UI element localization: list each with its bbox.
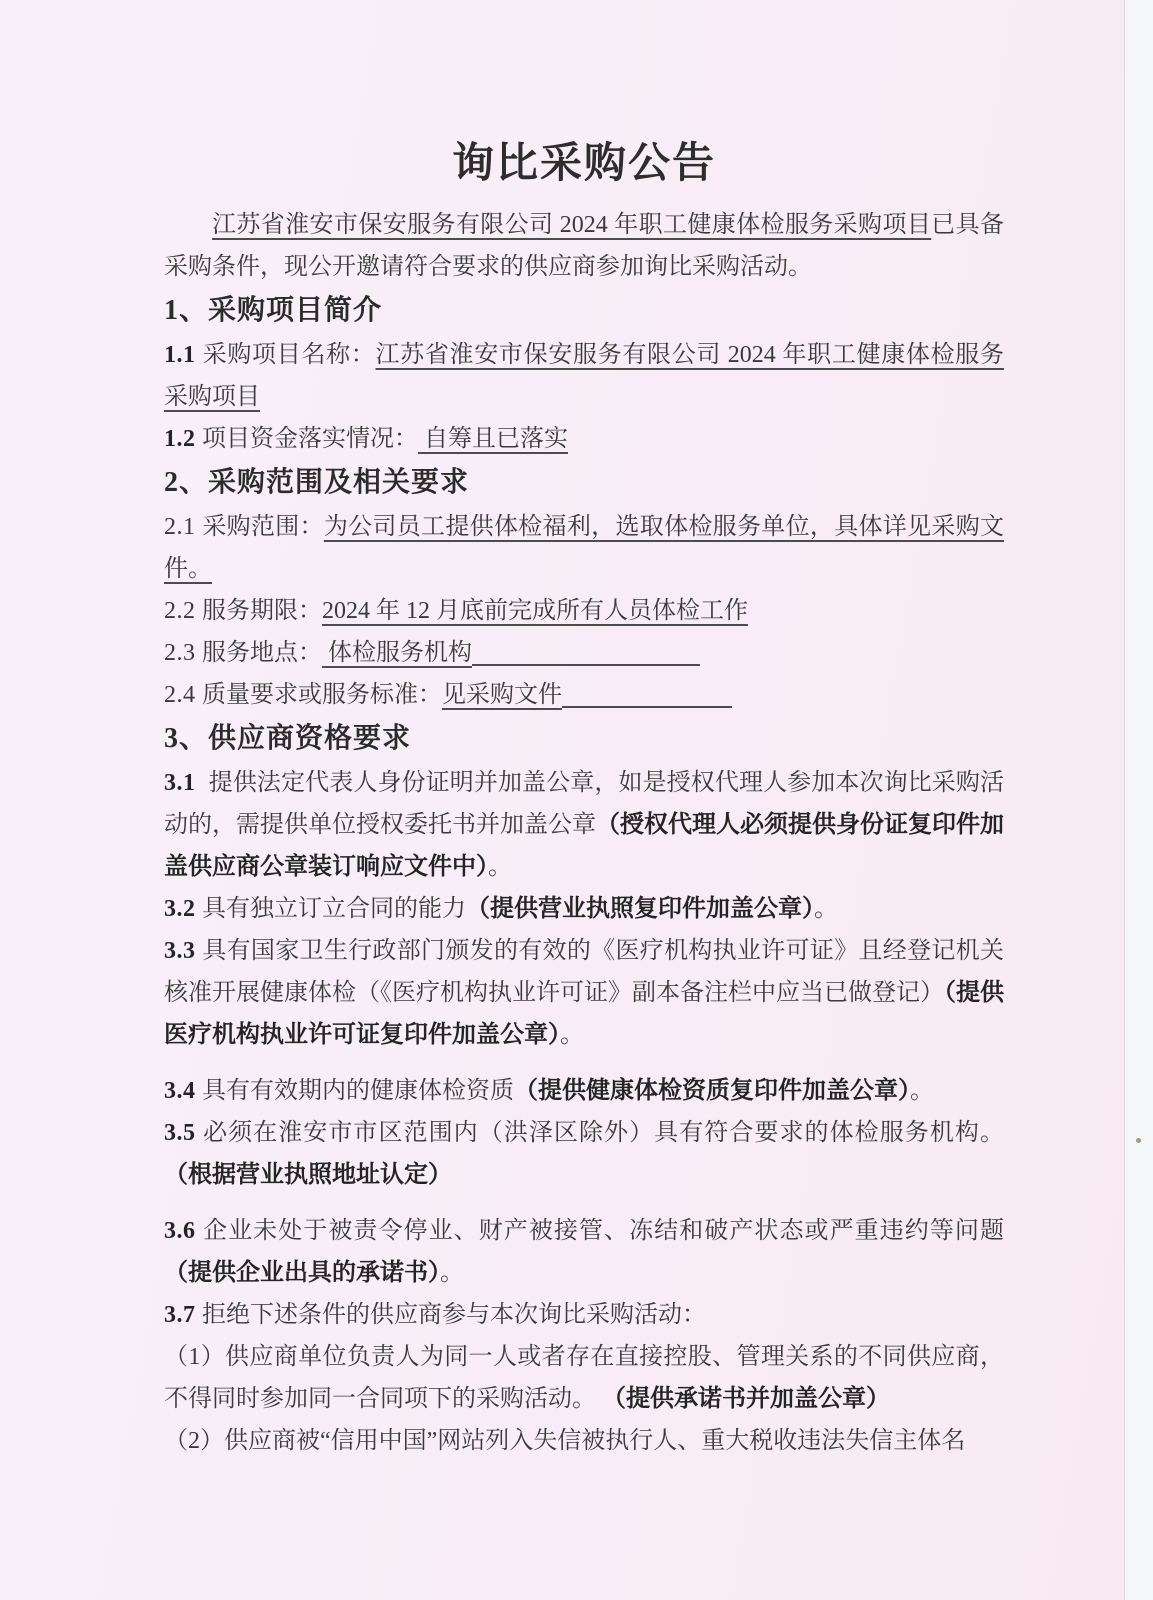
item-1-1: 1.1 采购项目名称：江苏省淮安市保安服务有限公司 2024 年职工健康体检服务… (164, 334, 1004, 418)
text-run: 。 (910, 1078, 934, 1104)
underlined-text: 自筹且已落实 (418, 426, 568, 452)
item-number: 1.2 (164, 426, 202, 452)
bold-text: （提供企业出具的承诺书） (164, 1260, 440, 1286)
item-3-4: 3.4 具有有效期内的健康体检资质（提供健康体检资质复印件加盖公章）。 (164, 1070, 1004, 1112)
blank-underline (562, 682, 732, 708)
bold-text: （提供营业执照复印件加盖公章） (466, 896, 814, 922)
item-number: 2.4 (164, 682, 202, 708)
text-run: 。 (440, 1260, 464, 1286)
item-number: 3.6 (164, 1218, 203, 1244)
item-3-7-2: （2）供应商被“信用中国”网站列入失信被执行人、重大税收违法失信主体名 (164, 1420, 1004, 1462)
underlined-text: 体检服务机构 (322, 640, 472, 666)
item-number: 1.1 (164, 342, 203, 368)
bold-text: （提供健康体检资质复印件加盖公章） (514, 1078, 910, 1104)
underlined-text: 江苏省淮安市保安服务有限公司 2024 年职工健康体检服务采购项目 (212, 212, 931, 238)
item-number: 3.3 (164, 938, 202, 964)
item-number: 3.5 (164, 1120, 203, 1146)
text-run: 。 (488, 854, 512, 880)
text-run: 项目资金落实情况： (202, 426, 418, 452)
item-2-4: 2.4 质量要求或服务标准：见采购文件 (164, 674, 1004, 716)
text-run: 具有独立订立合同的能力 (202, 896, 466, 922)
sec2-heading: 2、采购范围及相关要求 (164, 460, 1004, 506)
item-1-2: 1.2 项目资金落实情况： 自筹且已落实 (164, 418, 1004, 460)
intro: 江苏省淮安市保安服务有限公司 2024 年职工健康体检服务采购项目已具备采购条件… (164, 204, 1004, 288)
item-number: 2.1 (164, 514, 202, 540)
text-run: 具有有效期内的健康体检资质 (202, 1078, 514, 1104)
text-run: 3、供应商资格要求 (164, 723, 411, 754)
bold-text: （根据营业执照地址认定） (164, 1162, 452, 1188)
item-2-3: 2.3 服务地点： 体检服务机构 (164, 632, 1004, 674)
text-run: 具有国家卫生行政部门颁发的有效的《医疗机构执业许可证》且经登记机关核准开展健康体… (164, 938, 1004, 1006)
item-3-2: 3.2 具有独立订立合同的能力（提供营业执照复印件加盖公章）。 (164, 888, 1004, 930)
item-2-1: 2.1 采购范围：为公司员工提供体检福利，选取体检服务单位，具体详见采购文件。 (164, 506, 1004, 590)
item-3-7-1: （1）供应商单位负责人为同一人或者存在直接控股、管理关系的不同供应商，不得同时参… (164, 1336, 1004, 1420)
underlined-text: 见采购文件 (442, 682, 562, 708)
blank-underline (472, 640, 700, 666)
document-body: 江苏省淮安市保安服务有限公司 2024 年职工健康体检服务采购项目已具备采购条件… (164, 204, 1004, 1462)
item-3-1: 3.1 提供法定代表人身份证明并加盖公章，如是授权代理人参加本次询比采购活动的，… (164, 762, 1004, 888)
text-run: 必须在淮安市市区范围内（洪泽区除外）具有符合要求的体检服务机构。 (203, 1120, 1004, 1146)
text-run: 服务期限： (202, 598, 322, 624)
text-run: 。 (560, 1022, 584, 1048)
item-number: 2.3 (164, 640, 202, 666)
text-run: 服务地点： (202, 640, 322, 666)
item-number: 3.1 (164, 770, 209, 796)
underlined-text: 2024 年 12 月底前完成所有人员体检工作 (322, 598, 748, 624)
text-run: 1、采购项目简介 (164, 295, 382, 326)
item-2-2: 2.2 服务期限：2024 年 12 月底前完成所有人员体检工作 (164, 590, 1004, 632)
text-run: 拒绝下述条件的供应商参与本次询比采购活动： (202, 1302, 706, 1328)
bold-text: （提供承诺书并加盖公章） (602, 1386, 890, 1412)
text-run: 2、采购范围及相关要求 (164, 467, 469, 498)
item-number: 3.2 (164, 896, 202, 922)
item-3-5: 3.5 必须在淮安市市区范围内（洪泽区除外）具有符合要求的体检服务机构。（根据营… (164, 1112, 1004, 1196)
document-page: 询比采购公告 江苏省淮安市保安服务有限公司 2024 年职工健康体检服务采购项目… (0, 0, 1153, 1600)
item-3-7: 3.7 拒绝下述条件的供应商参与本次询比采购活动： (164, 1294, 1004, 1336)
item-3-3: 3.3 具有国家卫生行政部门颁发的有效的《医疗机构执业许可证》且经登记机关核准开… (164, 930, 1004, 1056)
sec1-heading: 1、采购项目简介 (164, 288, 1004, 334)
text-run: 采购范围： (202, 514, 324, 540)
document-title: 询比采购公告 (164, 138, 1004, 190)
text-run: 质量要求或服务标准： (202, 682, 442, 708)
text-run: 采购项目名称： (203, 342, 376, 368)
item-number: 3.7 (164, 1302, 202, 1328)
text-run: 企业未处于被责令停业、财产被接管、冻结和破产状态或严重违约等问题 (203, 1218, 1004, 1244)
item-3-6: 3.6 企业未处于被责令停业、财产被接管、冻结和破产状态或严重违约等问题（提供企… (164, 1210, 1004, 1294)
text-run: （2）供应商被“信用中国”网站列入失信被执行人、重大税收违法失信主体名 (164, 1428, 965, 1454)
item-number: 3.4 (164, 1078, 202, 1104)
sec3-heading: 3、供应商资格要求 (164, 716, 1004, 762)
text-run: 。 (814, 896, 838, 922)
item-number: 2.2 (164, 598, 202, 624)
